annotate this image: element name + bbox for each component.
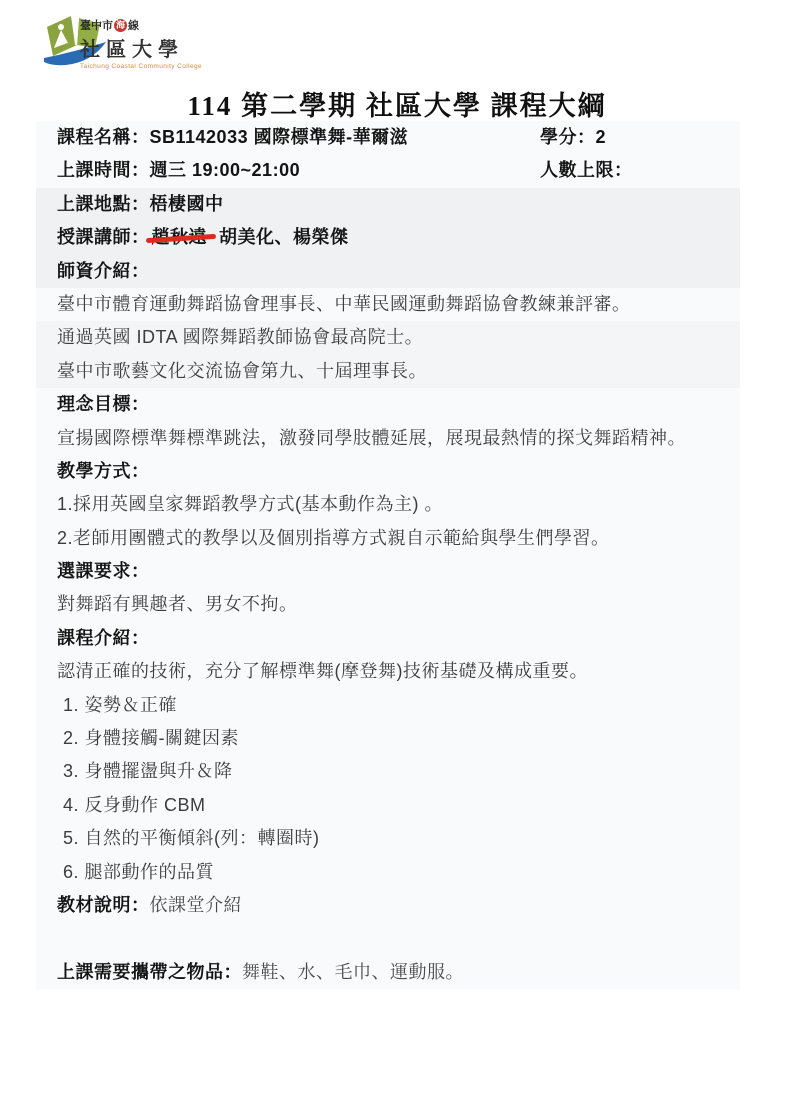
- logo-city-suffix: 線: [128, 17, 139, 33]
- row-label: 授課講師：: [57, 227, 150, 247]
- table-row: 1. 姿勢＆正確: [36, 689, 740, 722]
- table-row: 2. 身體接觸-關鍵因素: [36, 722, 740, 755]
- row-value: 依課堂介紹: [150, 895, 243, 915]
- table-row: 認清正確的技術，充分了解標準舞(摩登舞)技術基礎及構成重要。: [36, 655, 740, 688]
- row-text: 3. 身體擺盪與升＆降: [63, 761, 233, 781]
- table-row: 教材說明：依課堂介紹: [36, 889, 740, 922]
- content-table: 課程名稱：SB1142033 國際標準舞-華爾滋學分：2上課時間：週三 19:0…: [36, 121, 740, 989]
- row-text: 臺中市歌藝文化交流協會第九、十屆理事長。: [57, 361, 427, 381]
- table-row: 臺中市歌藝文化交流協會第九、十屆理事長。: [36, 355, 740, 388]
- table-row: 上課需要攜帶之物品：舞鞋、水、毛巾、運動服。: [36, 956, 740, 989]
- row-value: 週三 19:00~21:00: [150, 160, 301, 180]
- row-value: 2: [596, 127, 607, 147]
- row-text: 5. 自然的平衡傾斜(列：轉圈時): [63, 828, 320, 848]
- logo-city-line: 臺中市 海 線: [80, 17, 202, 33]
- table-row: 授課講師：趙秋遠胡美化、楊榮傑: [36, 221, 740, 254]
- logo-text-block: 臺中市 海 線 社區大學 Taichung Coastal Community …: [80, 17, 202, 70]
- logo-seal-icon: 海: [114, 19, 127, 32]
- row-label: 上課地點：: [57, 194, 150, 214]
- table-row: 對舞蹈有興趣者、男女不拘。: [36, 588, 740, 621]
- logo-school-name: 社區大學: [80, 33, 202, 62]
- table-row: 4. 反身動作 CBM: [36, 789, 740, 822]
- row-text: 臺中市體育運動舞蹈協會理事長、中華民國運動舞蹈協會教練兼評審。: [57, 294, 631, 314]
- row-label: 教學方式：: [57, 461, 150, 481]
- row-label: 理念目標：: [57, 394, 150, 414]
- table-row: 通過英國 IDTA 國際舞蹈教師協會最高院士。: [36, 321, 740, 354]
- table-row: 3. 身體擺盪與升＆降: [36, 755, 740, 788]
- table-row: 5. 自然的平衡傾斜(列：轉圈時): [36, 822, 740, 855]
- table-row: 上課時間：週三 19:00~21:00人數上限：: [36, 154, 740, 187]
- row-text: 對舞蹈有興趣者、男女不拘。: [57, 594, 298, 614]
- row-text: 通過英國 IDTA 國際舞蹈教師協會最高院士。: [57, 327, 423, 347]
- table-row: 臺中市體育運動舞蹈協會理事長、中華民國運動舞蹈協會教練兼評審。: [36, 288, 740, 321]
- table-row: 上課地點：梧棲國中: [36, 188, 740, 221]
- row-text: 4. 反身動作 CBM: [63, 795, 206, 815]
- row-label: 人數上限：: [540, 160, 633, 180]
- table-row: 課程名稱：SB1142033 國際標準舞-華爾滋學分：2: [36, 121, 740, 154]
- row-text: 2. 身體接觸-關鍵因素: [63, 728, 239, 748]
- row-text: 1.採用英國皇家舞蹈教學方式(基本動作為主) 。: [57, 494, 443, 514]
- table-row: 1.採用英國皇家舞蹈教學方式(基本動作為主) 。: [36, 488, 740, 521]
- row-label: 課程介紹：: [57, 628, 150, 648]
- table-row: 教學方式：: [36, 455, 740, 488]
- document-page: 臺中市 海 線 社區大學 Taichung Coastal Community …: [0, 0, 794, 1100]
- table-row: 宣揚國際標準舞標準跳法，激發同學肢體延展，展現最熱情的探戈舞蹈精神。: [36, 422, 740, 455]
- struck-instructor-name: 趙秋遠: [152, 227, 208, 247]
- logo-english-name: Taichung Coastal Community College: [80, 63, 202, 70]
- table-row: 6. 腿部動作的品質: [36, 856, 740, 889]
- school-logo: 臺中市 海 線 社區大學 Taichung Coastal Community …: [40, 12, 230, 76]
- table-row: 理念目標：: [36, 388, 740, 421]
- row-value: SB1142033 國際標準舞-華爾滋: [150, 127, 409, 147]
- row-text: 6. 腿部動作的品質: [63, 862, 214, 882]
- page-title: 114 第二學期 社區大學 課程大綱: [0, 84, 794, 123]
- table-row: 選課要求：: [36, 555, 740, 588]
- row-text: 認清正確的技術，充分了解標準舞(摩登舞)技術基礎及構成重要。: [57, 661, 588, 681]
- row-label: 課程名稱：: [57, 127, 150, 147]
- row-label: 學分：: [540, 127, 596, 147]
- row-label: 選課要求：: [57, 561, 150, 581]
- row-text: 宣揚國際標準舞標準跳法，激發同學肢體延展，展現最熱情的探戈舞蹈精神。: [57, 428, 686, 448]
- spacer-row: [36, 922, 740, 955]
- table-row: 師資介紹：: [36, 255, 740, 288]
- row-label: 師資介紹：: [57, 261, 150, 281]
- row-label: 上課時間：: [57, 160, 150, 180]
- table-row: 課程介紹：: [36, 622, 740, 655]
- row-value: 胡美化、楊榮傑: [219, 227, 349, 247]
- row-second-column: 人數上限：: [540, 154, 633, 187]
- logo-city-prefix: 臺中市: [80, 17, 113, 33]
- row-value: 舞鞋、水、毛巾、運動服。: [242, 962, 464, 982]
- row-label: 上課需要攜帶之物品：: [57, 962, 242, 982]
- row-text: 1. 姿勢＆正確: [63, 695, 177, 715]
- row-value: 梧棲國中: [150, 194, 224, 214]
- row-label: 教材說明：: [57, 895, 150, 915]
- table-row: 2.老師用團體式的教學以及個別指導方式親自示範給與學生們學習。: [36, 522, 740, 555]
- row-text: 2.老師用團體式的教學以及個別指導方式親自示範給與學生們學習。: [57, 528, 610, 548]
- row-second-column: 學分：2: [540, 121, 606, 154]
